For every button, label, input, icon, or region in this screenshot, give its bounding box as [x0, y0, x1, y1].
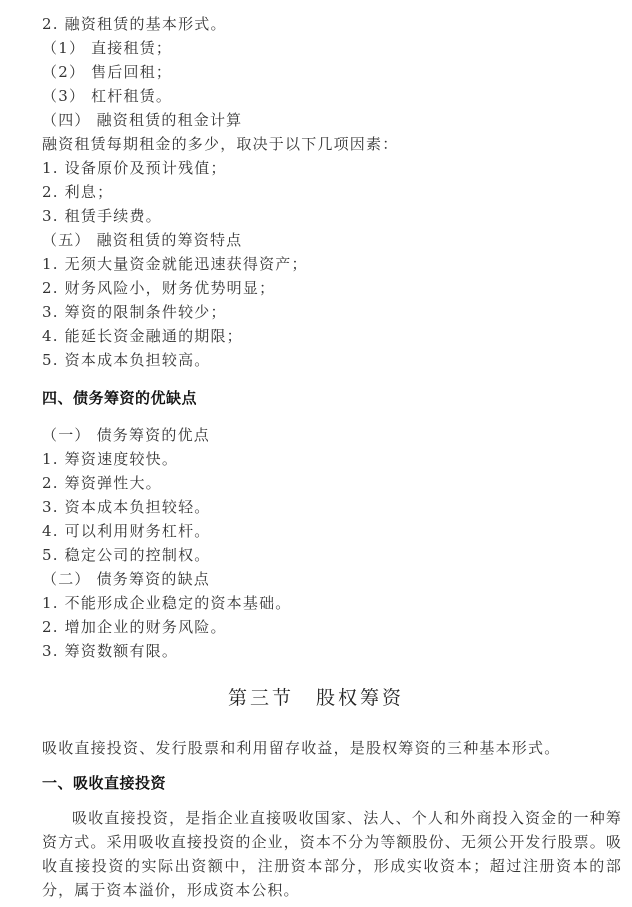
text-line: 5. 资本成本负担较高。 — [42, 350, 210, 370]
text-line: 5. 稳定公司的控制权。 — [42, 545, 210, 565]
subheading-line: （一） 债务筹资的优点 — [42, 425, 210, 445]
text-line: （3） 杠杆租赁。 — [42, 86, 172, 106]
text-line: （2） 售后回租； — [42, 62, 172, 82]
text-line: 1. 设备原价及预计残值； — [42, 158, 227, 178]
text-line: 2. 财务风险小，财务优势明显； — [42, 278, 275, 298]
subheading-line: （五） 融资租赁的筹资特点 — [42, 230, 242, 250]
text-line: （1） 直接租赁； — [42, 38, 172, 58]
text-line: 1. 筹资速度较快。 — [42, 449, 178, 469]
heading-direct-investment: 一、吸收直接投资 — [42, 773, 166, 793]
section-title: 第三节 股权筹资 — [0, 686, 632, 710]
text-line: 2. 筹资弹性大。 — [42, 473, 162, 493]
text-line: 4. 能延长资金融通的期限； — [42, 326, 243, 346]
text-line: 3. 筹资数额有限。 — [42, 641, 178, 661]
subheading-line: （四） 融资租赁的租金计算 — [42, 110, 242, 130]
text-line: 3. 筹资的限制条件较少； — [42, 302, 227, 322]
text-line: 4. 可以利用财务杠杆。 — [42, 521, 210, 541]
document-page: 2. 融资租赁的基本形式。 （1） 直接租赁； （2） 售后回租； （3） 杠杆… — [0, 0, 632, 907]
text-line: 1. 不能形成企业稳定的资本基础。 — [42, 593, 291, 613]
text-line: 2. 融资租赁的基本形式。 — [42, 14, 227, 34]
text-line: 3. 租赁手续费。 — [42, 206, 162, 226]
text-line: 1. 无须大量资金就能迅速获得资产； — [42, 254, 308, 274]
text-line: 2. 利息； — [42, 182, 113, 202]
intro-line: 吸收直接投资、发行股票和利用留存收益，是股权筹资的三种基本形式。 — [42, 738, 560, 758]
heading-debt-financing-pros-cons: 四、债务筹资的优缺点 — [42, 388, 197, 408]
text-line: 融资租赁每期租金的多少，取决于以下几项因素： — [42, 134, 398, 154]
text-line: 3. 资本成本负担较轻。 — [42, 497, 210, 517]
text-line: 2. 增加企业的财务风险。 — [42, 617, 227, 637]
body-paragraph: 吸收直接投资，是指企业直接吸收国家、法人、个人和外商投入资金的一种筹资方式。采用… — [42, 806, 622, 902]
subheading-line: （二） 债务筹资的缺点 — [42, 569, 210, 589]
